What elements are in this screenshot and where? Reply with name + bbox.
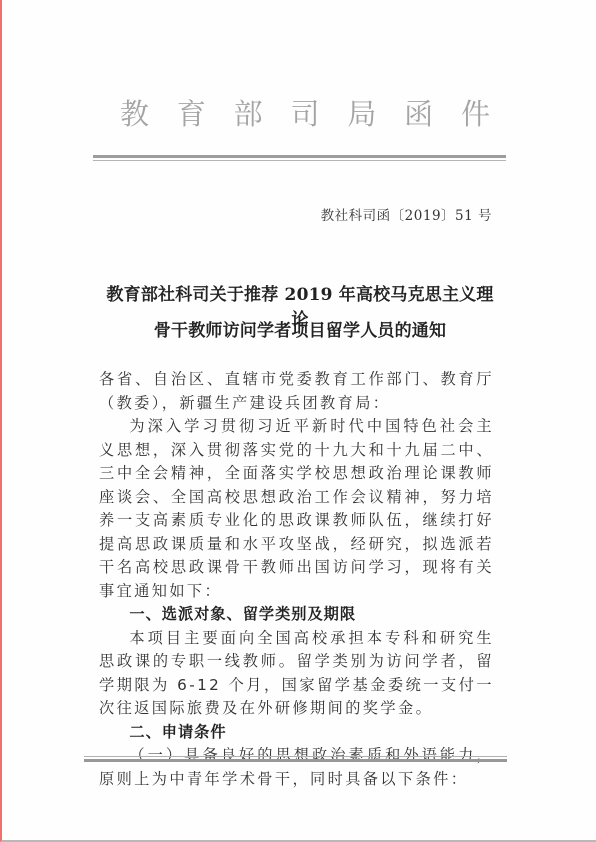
section-2-item-1: （一）具备良好的思想政治素质和外语能力，原则上为中青年学术骨干，同时具备以下条件… bbox=[99, 744, 494, 791]
document-title-line-2: 骨干教师访问学者项目留学人员的通知 bbox=[98, 316, 502, 341]
letterhead-title: 教 育 部 司 局 函 件 bbox=[120, 97, 490, 131]
header-rule-thick bbox=[93, 155, 506, 158]
section-1-heading: 一、选派对象、留学类别及期限 bbox=[99, 603, 494, 627]
letterhead-char: 教 bbox=[120, 97, 149, 131]
document-body: 各省、自治区、直辖市党委教育工作部门、教育厅（教委），新疆生产建设兵团教育局： … bbox=[99, 368, 494, 791]
letterhead-char: 局 bbox=[347, 97, 376, 131]
footer-rule-thin bbox=[84, 756, 507, 757]
letterhead-char: 育 bbox=[177, 97, 206, 131]
section-1-paragraph: 本项目主要面向全国高校承担本专科和研究生思政课的专职一线教师。留学类别为访问学者… bbox=[99, 627, 494, 721]
letterhead-char: 司 bbox=[290, 97, 319, 131]
addressee: 各省、自治区、直辖市党委教育工作部门、教育厅（教委），新疆生产建设兵团教育局： bbox=[99, 368, 494, 415]
letterhead-char: 函 bbox=[404, 97, 433, 131]
document-page: 教 育 部 司 局 函 件 教社科司函〔2019〕51 号 教育部社科司关于推荐… bbox=[0, 0, 596, 842]
document-number: 教社科司函〔2019〕51 号 bbox=[302, 204, 492, 224]
section-2-heading: 二、申请条件 bbox=[99, 721, 494, 745]
footer-rule-thick bbox=[84, 759, 507, 762]
letterhead-char: 部 bbox=[234, 97, 263, 131]
intro-paragraph: 为深入学习贯彻习近平新时代中国特色社会主义思想，深入贯彻落实党的十九大和十九届二… bbox=[99, 415, 494, 603]
letterhead-char: 件 bbox=[461, 97, 490, 131]
header-rule-thin bbox=[93, 160, 506, 161]
